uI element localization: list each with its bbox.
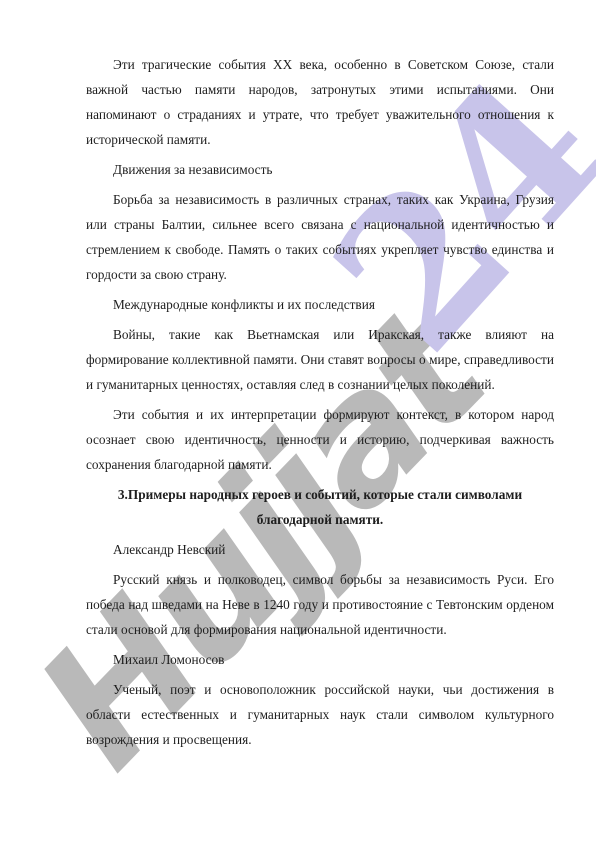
section-heading-examples-of-heroes: 3.Примеры народных героев и событий, кот… — [86, 482, 554, 532]
paragraph-wars-collective-memory: Войны, такие как Вьетнамская или Иракска… — [86, 322, 554, 397]
paragraph-nevsky-description: Русский князь и полководец, символ борьб… — [86, 567, 554, 642]
paragraph-tragic-events: Эти трагические события XX века, особенн… — [86, 52, 554, 152]
section-label-alexander-nevsky: Александр Невский — [86, 537, 554, 562]
paragraph-events-interpretations: Эти события и их интерпретации формируют… — [86, 402, 554, 477]
section-label-international-conflicts: Международные конфликты и их последствия — [86, 292, 554, 317]
paragraph-independence-struggle: Борьба за независимость в различных стра… — [86, 187, 554, 287]
paragraph-lomonosov-description: Ученый, поэт и основоположник российской… — [86, 677, 554, 752]
document-page: Hujjat 24 Эти трагические события XX век… — [0, 0, 596, 842]
section-label-mikhail-lomonosov: Михаил Ломоносов — [86, 647, 554, 672]
section-label-independence-movements: Движения за независимость — [86, 157, 554, 182]
document-body: Эти трагические события XX века, особенн… — [86, 52, 554, 757]
